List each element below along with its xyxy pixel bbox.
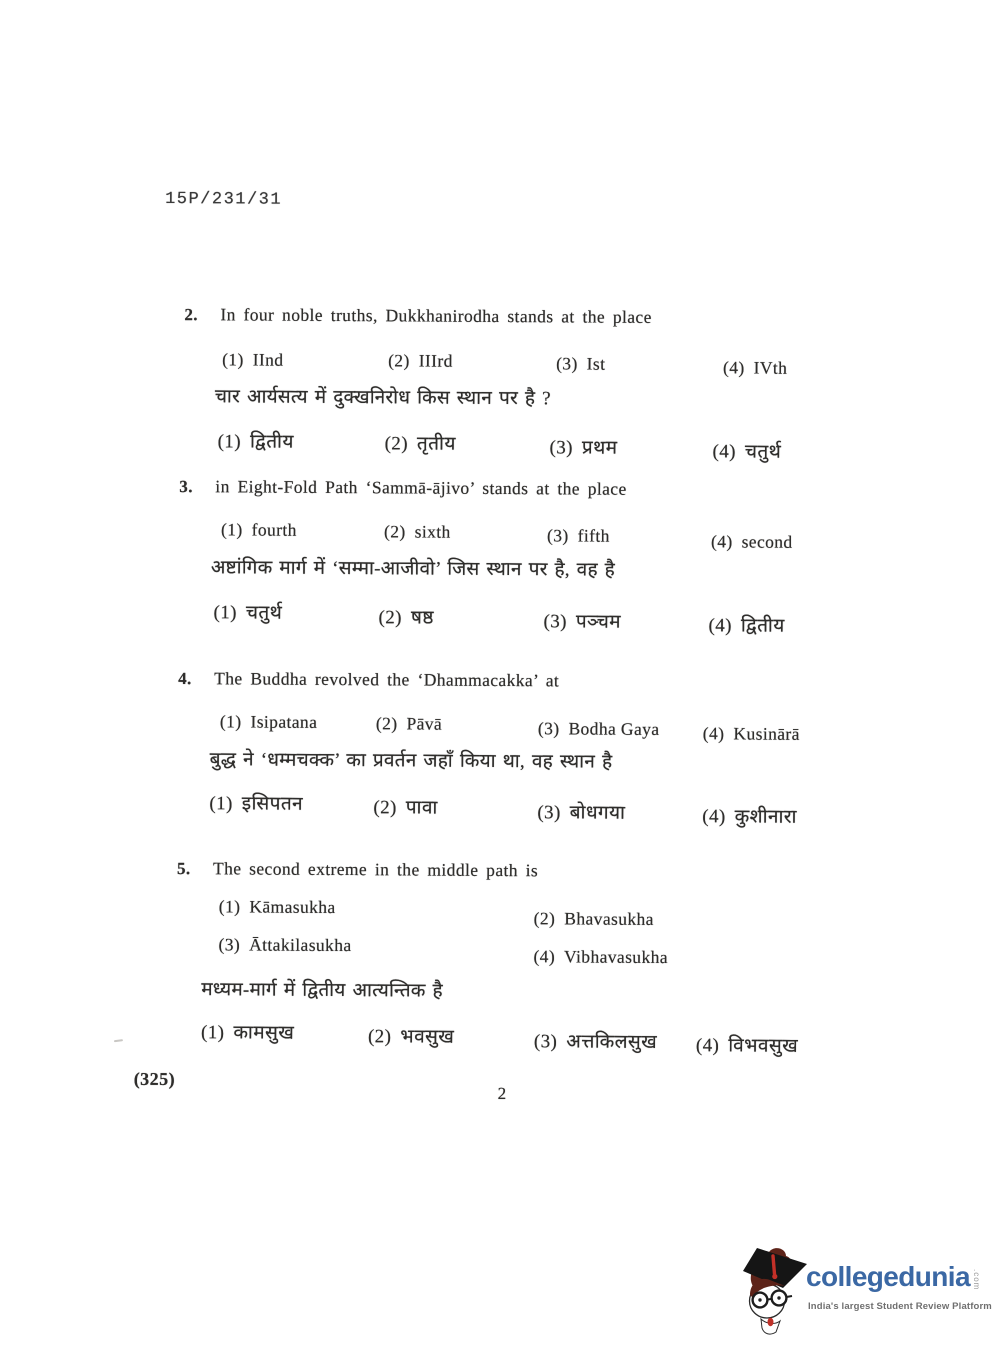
question-line: 4.The Buddha revolved the ‘Dhammacakka’ …	[178, 668, 559, 691]
graduate-mascot-icon	[740, 1243, 810, 1338]
question-number: 3.	[179, 477, 215, 497]
option-text: भवसुख	[400, 1026, 454, 1047]
option-label: (2)	[388, 350, 410, 370]
option-label: (4)	[723, 357, 745, 377]
option-text: Ist	[587, 354, 606, 374]
option-text: Kāmasukha	[249, 896, 335, 917]
option-item: (4)चतुर्थ	[712, 437, 781, 463]
option-label: (3)	[538, 718, 560, 738]
option-label: (2)	[378, 607, 401, 628]
option-item: (3)Āttakilasukha	[218, 934, 351, 956]
option-text: Bhavasukha	[564, 908, 654, 929]
option-label: (3)	[556, 353, 578, 373]
option-item: (3)Ist	[556, 353, 605, 374]
option-item: (2)तृतीय	[385, 429, 456, 455]
question-text-en: in Eight-Fold Path ‘Sammā-ājivo’ stands …	[215, 476, 626, 499]
option-label: (1)	[219, 896, 241, 916]
option-label: (3)	[534, 1031, 557, 1052]
paper-code: 15P/231/31	[165, 190, 282, 210]
option-text: Pāvā	[406, 713, 442, 733]
option-item: (3)अत्तकिलसुख	[534, 1027, 657, 1054]
option-text: Kusinārā	[733, 723, 799, 743]
option-text: IInd	[253, 349, 284, 369]
question-text-hi: मध्यम-मार्ग में द्वितीय आत्यन्तिक है	[201, 975, 443, 1002]
option-item: (2)भवसुख	[368, 1022, 454, 1049]
page-number: 2	[498, 1084, 507, 1104]
option-label: (2)	[534, 908, 556, 928]
option-text: Bodha Gaya	[568, 718, 659, 739]
option-item: (2)Bhavasukha	[534, 908, 654, 930]
option-label: (3)	[537, 802, 560, 823]
option-text: fourth	[252, 519, 297, 539]
option-text: चतुर्थ	[745, 441, 781, 462]
scan-artifact-mark	[114, 1039, 123, 1042]
option-label: (4)	[533, 946, 555, 966]
option-item: (4)कुशीनारा	[702, 802, 797, 829]
scan-content: 15P/231/31 2.In four noble truths, Dukkh…	[0, 0, 1001, 1356]
option-item: (3)बोधगया	[537, 798, 625, 825]
option-label: (1)	[222, 349, 244, 369]
option-label: (1)	[220, 711, 242, 731]
option-text: विभवसुख	[728, 1035, 798, 1056]
option-item: (1)fourth	[221, 519, 297, 540]
option-item: (2)पावा	[373, 793, 438, 819]
question-text-en: The second extreme in the middle path is	[213, 858, 538, 880]
option-label: (3)	[550, 437, 573, 458]
option-item: (1)Isipatana	[220, 711, 318, 733]
option-item: (3)Bodha Gaya	[538, 718, 660, 740]
question-text-hi: बुद्ध ने ‘धम्मचक्क’ का प्रवर्तन जहाँ किय…	[210, 745, 613, 773]
option-item: (4)second	[711, 531, 793, 552]
question-text-hi: अष्टांगिक मार्ग में ‘सम्मा-आजीवो’ जिस स्…	[211, 553, 615, 581]
option-text: पावा	[406, 797, 438, 818]
option-text: Āttakilasukha	[249, 934, 352, 955]
option-text: Isipatana	[250, 711, 317, 731]
option-item: (2)sixth	[384, 521, 451, 542]
option-item: (3)प्रथम	[550, 433, 618, 459]
question-line: 2.In four noble truths, Dukkhanirodha st…	[184, 304, 652, 328]
option-item: (2)IIIrd	[388, 350, 453, 371]
option-label: (4)	[713, 441, 736, 462]
option-label: (1)	[221, 519, 243, 539]
option-label: (3)	[218, 934, 240, 954]
option-text: sixth	[415, 521, 451, 541]
option-label: (2)	[376, 713, 398, 733]
question-text-hi: चार आर्यसत्य में दुक्खनिरोध किस स्थान पर…	[215, 382, 551, 410]
option-text: षष्ठ	[411, 607, 434, 628]
option-label: (1)	[209, 793, 232, 814]
question-line: 5.The second extreme in the middle path …	[177, 858, 538, 881]
series-code: (325)	[134, 1069, 176, 1090]
option-text: second	[742, 531, 793, 551]
option-item: (1)चतुर्थ	[214, 598, 283, 624]
question-line: 3.in Eight-Fold Path ‘Sammā-ājivo’ stand…	[179, 476, 626, 500]
option-item: (4)Vibhavasukha	[533, 946, 668, 968]
collegedunia-logo: collegedunia .com India's largest Studen…	[740, 1243, 998, 1343]
brand-text: collegedunia	[806, 1263, 970, 1291]
option-item: (1)कामसुख	[201, 1018, 294, 1045]
option-text: Vibhavasukha	[564, 946, 668, 967]
option-text: कामसुख	[233, 1022, 294, 1043]
option-text: fifth	[578, 525, 610, 545]
option-item: (4)विभवसुख	[696, 1031, 798, 1058]
option-label: (1)	[218, 431, 241, 452]
question-text-en: The Buddha revolved the ‘Dhammacakka’ at	[214, 668, 559, 690]
option-label: (1)	[214, 602, 237, 623]
question-number: 4.	[178, 669, 214, 689]
option-label: (3)	[543, 611, 566, 632]
question-number: 2.	[184, 305, 220, 325]
option-label: (2)	[373, 797, 396, 818]
option-label: (4)	[703, 723, 725, 743]
option-label: (4)	[711, 531, 733, 551]
option-item: (4)IVth	[723, 357, 787, 378]
option-text: द्वितीय	[741, 615, 785, 636]
option-item: (4)Kusinārā	[703, 723, 800, 745]
option-item: (2)Pāvā	[376, 713, 442, 734]
option-label: (2)	[368, 1026, 391, 1047]
option-text: चतुर्थ	[246, 602, 282, 623]
option-item: (1)IInd	[222, 349, 284, 370]
option-item: (1)Kāmasukha	[219, 896, 336, 918]
brand-tagline: India's largest Student Review Platform	[808, 1301, 992, 1312]
option-text: पञ्चम	[576, 611, 621, 632]
option-item: (1)द्वितीय	[218, 427, 294, 453]
question-number: 5.	[177, 859, 213, 879]
option-label: (4)	[702, 806, 725, 827]
option-item: (4)द्वितीय	[708, 611, 784, 637]
option-text: IIIrd	[419, 351, 453, 371]
option-label: (1)	[201, 1022, 224, 1043]
option-label: (3)	[547, 525, 569, 545]
option-text: तृतीय	[417, 433, 456, 454]
option-item: (2)षष्ठ	[378, 603, 434, 629]
brand-domain-suffix: .com	[972, 1269, 981, 1290]
option-item: (3)fifth	[547, 525, 610, 546]
option-label: (4)	[696, 1035, 719, 1056]
option-item: (3)पञ्चम	[543, 607, 621, 633]
option-text: इसिपतन	[242, 793, 303, 814]
option-text: अत्तकिलसुख	[566, 1031, 657, 1053]
option-label: (2)	[385, 433, 408, 454]
option-text: द्वितीय	[250, 431, 294, 452]
option-text: कुशीनारा	[735, 806, 797, 827]
option-text: IVth	[754, 358, 788, 378]
option-label: (4)	[708, 615, 731, 636]
question-text-en: In four noble truths, Dukkhanirodha stan…	[220, 304, 652, 327]
option-label: (2)	[384, 521, 406, 541]
option-text: प्रथम	[582, 438, 618, 459]
option-item: (1)इसिपतन	[209, 789, 303, 816]
option-text: बोधगया	[570, 802, 626, 823]
